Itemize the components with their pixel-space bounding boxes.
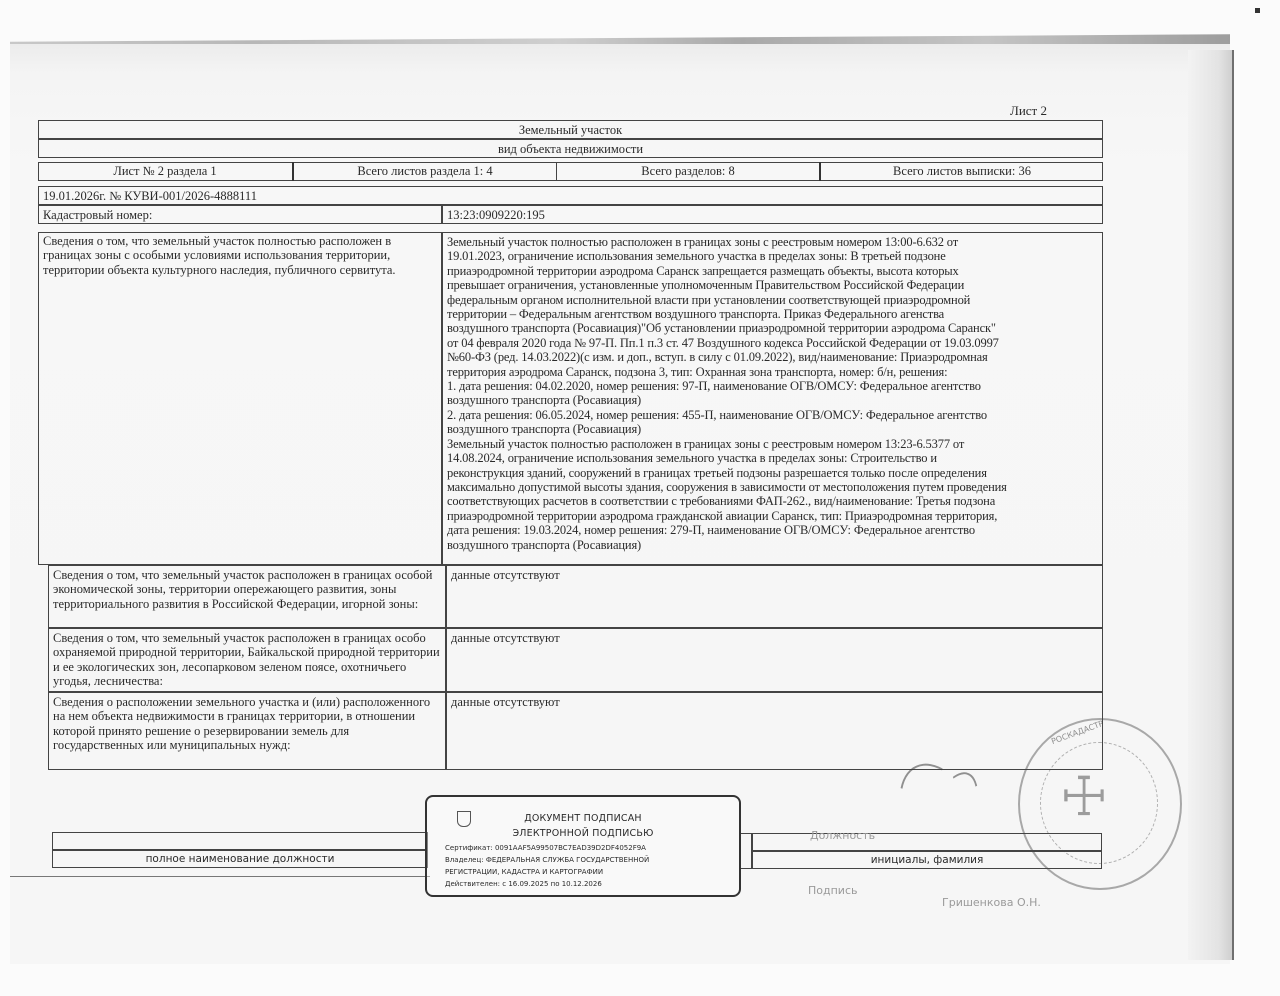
extract-reference: 19.01.2026г. № КУВИ-001/2026-4888111 — [38, 186, 1103, 205]
text-line: 14.08.2024, ограничение использования зе… — [447, 451, 1098, 465]
text-line: максимально допустимой высоты здания, со… — [447, 480, 1098, 494]
zone-restrictions-value: Земельный участок полностью расположен в… — [442, 232, 1103, 565]
text-line: Земельный участок полностью расположен в… — [447, 437, 1098, 451]
certificate-number: Сертификат: 0091AAF5A99507BC7EAD39D2DF40… — [445, 844, 646, 852]
text-line: 1. дата решения: 04.02.2020, номер решен… — [447, 379, 1098, 393]
cadastral-number: 13:23:0909220:195 — [442, 205, 1103, 224]
text-line: воздушного транспорта (Росавиация)"Об ус… — [447, 321, 1098, 335]
text-line: 19.01.2023, ограничение использования зе… — [447, 249, 1098, 263]
double-headed-eagle-icon: ☩ — [1054, 762, 1114, 832]
object-type-caption: вид объекта недвижимости — [38, 139, 1103, 158]
text-line: превышает ограничения, установленные упо… — [447, 278, 1098, 292]
text-line: федеральным органом исполнительной власт… — [447, 293, 1098, 307]
object-type: Земельный участок — [38, 120, 1103, 139]
cadastral-label: Кадастровый номер: — [38, 205, 442, 224]
position-field — [52, 832, 428, 850]
handwritten-position: Должность — [810, 829, 875, 842]
text-line: 2. дата решения: 06.05.2024, номер решен… — [447, 408, 1098, 422]
total-sheets-extract: Всего листов выписки: 36 — [821, 164, 1103, 178]
handwritten-signature-label: Подпись — [808, 884, 857, 897]
text-line: №60-ФЗ (ред. 14.03.2022)(с изм. и доп., … — [447, 350, 1098, 364]
total-sections: Всего разделов: 8 — [557, 164, 819, 178]
electronic-signature-stamp: ДОКУМЕНТ ПОДПИСАН ЭЛЕКТРОННОЙ ПОДПИСЬЮ С… — [425, 795, 741, 897]
text-line: соответствующих расчетов в соответствии … — [447, 494, 1098, 508]
rule-line — [10, 876, 430, 877]
position-caption: полное наименование должности — [52, 850, 428, 868]
page-marker — [1255, 8, 1260, 13]
land-reservation-value: данные отсутствуют — [446, 692, 1103, 770]
text-line: воздушного транспорта (Росавиация) — [447, 393, 1098, 407]
zone-restrictions-label: Сведения о том, что земельный участок по… — [38, 232, 442, 565]
text-line: воздушного транспорта (Росавиация) — [447, 538, 1098, 552]
sheet-label: Лист 2 — [1010, 104, 1047, 118]
text-line: от 04 февраля 2020 года № 97-П. Пп.1 п.3… — [447, 336, 1098, 350]
text-line: воздушного транспорта (Росавиация) — [447, 422, 1098, 436]
handwritten-name: Гришенкова О.Н. — [942, 896, 1041, 909]
text-line: реконструкция зданий, сооружений в грани… — [447, 466, 1098, 480]
text-line: Земельный участок полностью расположен в… — [447, 235, 1098, 249]
scan-shadow-right — [1188, 50, 1234, 960]
text-line: дата решения: 19.03.2024, номер решения:… — [447, 523, 1098, 537]
owner-line-2: РЕГИСТРАЦИИ, КАДАСТРА И КАРТОГРАФИИ — [445, 868, 603, 876]
text-line: территория аэродрома Саранск, подзона 3,… — [447, 365, 1098, 379]
text-line: территории – Федеральным агентством возд… — [447, 307, 1098, 321]
text-line: приаэродромной территории аэродрома Сара… — [447, 264, 1098, 278]
protected-area-label: Сведения о том, что земельный участок ра… — [48, 628, 446, 692]
total-sheets-section: Всего листов раздела 1: 4 — [294, 164, 556, 178]
stamp-title-2: ЭЛЕКТРОННОЙ ПОДПИСЬЮ — [427, 828, 739, 839]
validity-period: Действителен: с 16.09.2025 по 10.12.2026 — [445, 880, 602, 888]
owner-line-1: Владелец: ФЕДЕРАЛЬНАЯ СЛУЖБА ГОСУДАРСТВЕ… — [445, 856, 649, 864]
protected-area-value: данные отсутствуют — [446, 628, 1103, 692]
economic-zone-value: данные отсутствуют — [446, 565, 1103, 628]
text-line: приаэродромной территории аэродрома граж… — [447, 509, 1098, 523]
economic-zone-label: Сведения о том, что земельный участок ра… — [48, 565, 446, 628]
sheet-in-section: Лист № 2 раздела 1 — [38, 164, 292, 178]
official-seal: ☩ РОСКАДАСТР — [1018, 718, 1182, 890]
signature-spacer — [740, 833, 752, 869]
stamp-title-1: ДОКУМЕНТ ПОДПИСАН — [427, 813, 739, 824]
land-reservation-label: Сведения о расположении земельного участ… — [48, 692, 446, 770]
